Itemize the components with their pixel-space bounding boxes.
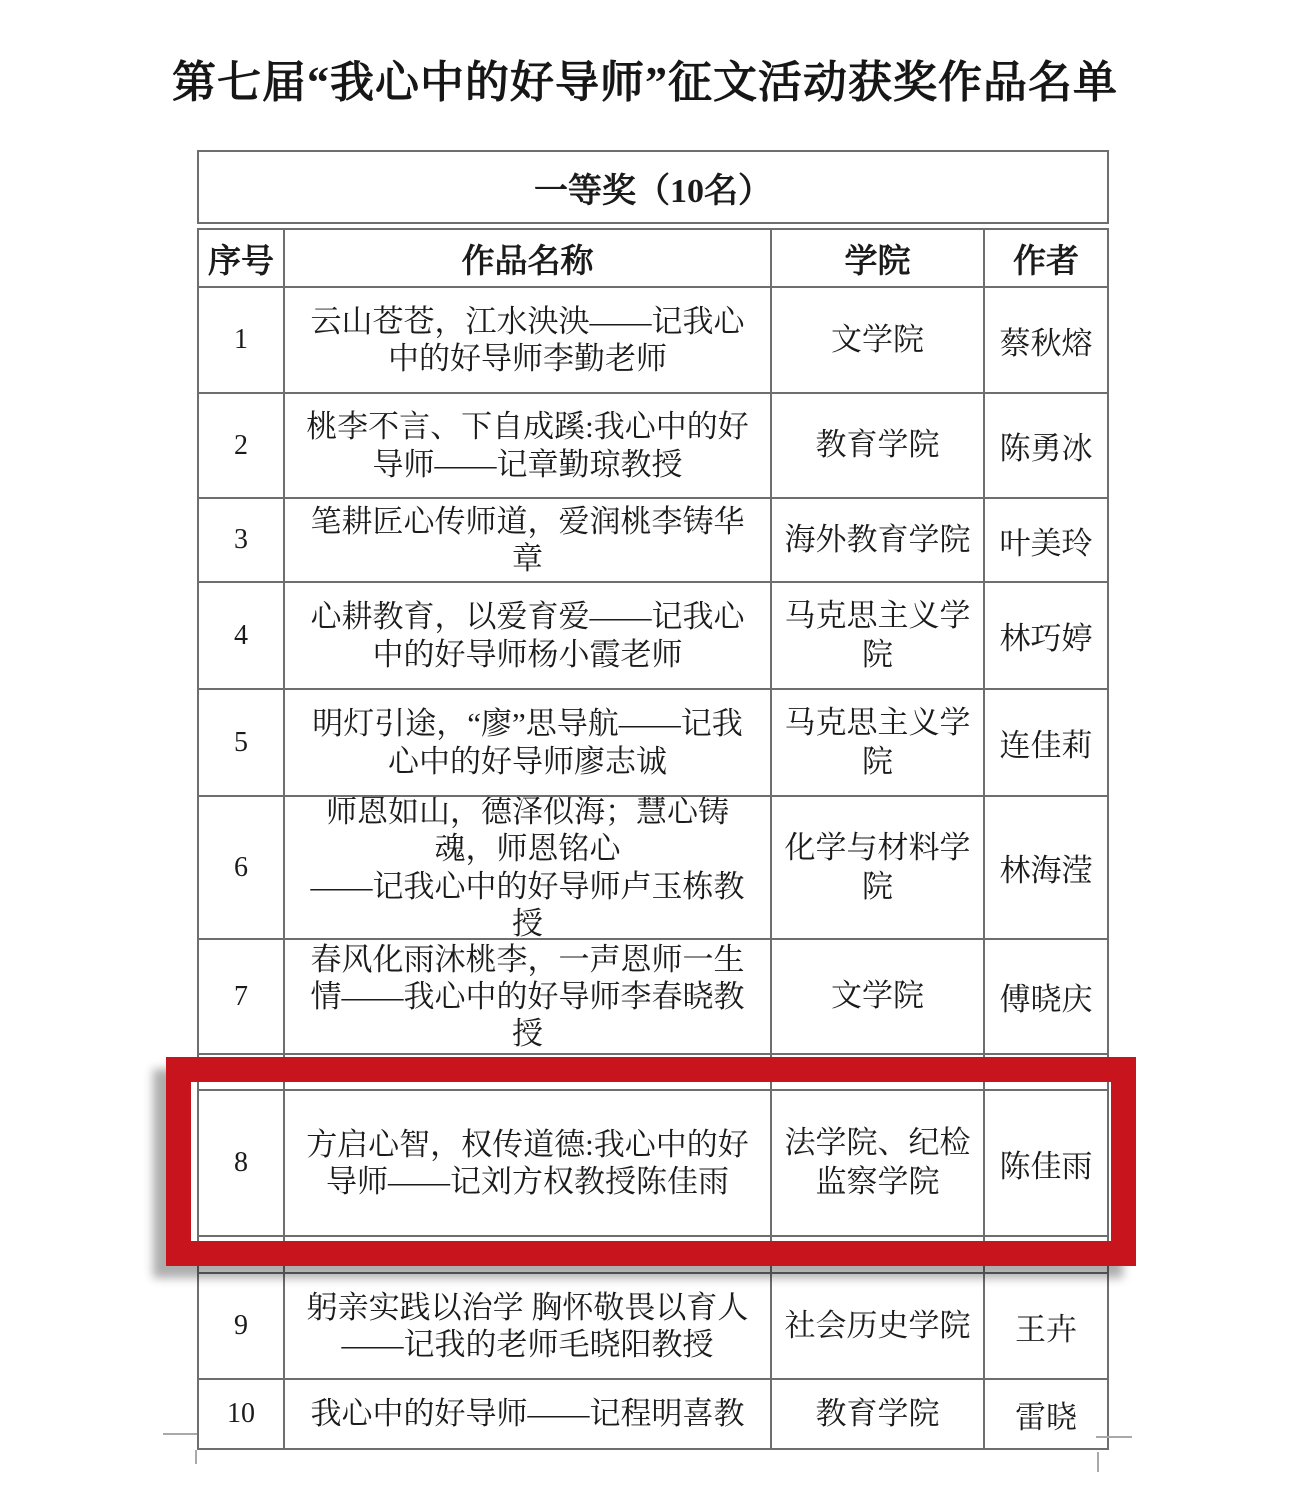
spacer-cell bbox=[199, 1237, 285, 1274]
spacer-row bbox=[199, 1055, 1109, 1091]
spacer-cell bbox=[772, 1237, 985, 1274]
college-cell: 海外教育学院 bbox=[772, 499, 985, 583]
college-cell: 文学院 bbox=[772, 940, 985, 1055]
college-cell: 化学与材料学院 bbox=[772, 797, 985, 940]
author-cell: 连佳莉 bbox=[985, 690, 1109, 797]
author-cell: 雷晓 bbox=[985, 1380, 1109, 1450]
serial-cell: 8 bbox=[199, 1091, 285, 1237]
serial-cell: 10 bbox=[199, 1380, 285, 1450]
table-row: 10 我心中的好导师——记程明喜教 教育学院 雷晓 bbox=[199, 1380, 1109, 1450]
award-table-wrap: 一等奖（10名） 序号 作品名称 学院 作者 1 云山苍苍，江水泱泱——记我心中… bbox=[197, 150, 1109, 1450]
table-row: 6 师恩如山，德泽似海；慧心铸魂，师恩铭心 ——记我心中的好导师卢玉栋教授 化学… bbox=[199, 797, 1109, 940]
spacer-cell bbox=[772, 1055, 985, 1091]
spacer-cell bbox=[985, 1055, 1109, 1091]
column-header-author: 作者 bbox=[985, 230, 1109, 288]
table-row: 7 春风化雨沐桃李，一声恩师一生情——我心中的好导师李春晓教授 文学院 傅晓庆 bbox=[199, 940, 1109, 1055]
work-title-cell: 师恩如山，德泽似海；慧心铸魂，师恩铭心 ——记我心中的好导师卢玉栋教授 bbox=[285, 797, 772, 940]
column-header-no: 序号 bbox=[199, 230, 285, 288]
column-header-label: 学院 bbox=[845, 235, 911, 282]
work-title-cell: 春风化雨沐桃李，一声恩师一生情——我心中的好导师李春晓教授 bbox=[285, 940, 772, 1055]
serial-cell: 3 bbox=[199, 499, 285, 583]
spacer-cell bbox=[199, 1055, 285, 1091]
page-corner-mark-right bbox=[1096, 1436, 1132, 1438]
table-row: 2 桃李不言、下自成蹊:我心中的好导师——记章勤琼教授 教育学院 陈勇冰 bbox=[199, 394, 1109, 499]
author-cell: 傅晓庆 bbox=[985, 940, 1109, 1055]
page-corner-mark-right-tick bbox=[1097, 1452, 1099, 1472]
college-cell: 教育学院 bbox=[772, 394, 985, 499]
column-header-label: 作者 bbox=[1013, 235, 1079, 282]
author-cell: 叶美玲 bbox=[985, 499, 1109, 583]
author-cell: 蔡秋熔 bbox=[985, 288, 1109, 394]
author-cell: 林海滢 bbox=[985, 797, 1109, 940]
college-cell: 马克思主义学院 bbox=[772, 583, 985, 690]
column-header-title: 作品名称 bbox=[285, 230, 772, 288]
table-row: 3 笔耕匠心传师道，爱润桃李铸华章 海外教育学院 叶美玲 bbox=[199, 499, 1109, 583]
college-cell: 马克思主义学院 bbox=[772, 690, 985, 797]
table-row: 1 云山苍苍，江水泱泱——记我心中的好导师李勤老师 文学院 蔡秋熔 bbox=[199, 288, 1109, 394]
page-title: 第七届“我心中的好导师”征文活动获奖作品名单 bbox=[0, 46, 1290, 110]
author-cell: 王卉 bbox=[985, 1274, 1109, 1380]
prize-band: 一等奖（10名） bbox=[197, 150, 1109, 224]
work-title-cell: 心耕教育，以爱育爱——记我心中的好导师杨小霞老师 bbox=[285, 583, 772, 690]
table-row: 8 方启心智，权传道德:我心中的好导师——记刘方权教授陈佳雨 法学院、纪检监察学… bbox=[199, 1091, 1109, 1237]
column-header-label: 序号 bbox=[208, 235, 274, 282]
work-title-cell: 我心中的好导师——记程明喜教 bbox=[285, 1380, 772, 1450]
header-row: 序号 作品名称 学院 作者 bbox=[199, 230, 1109, 288]
serial-cell: 9 bbox=[199, 1274, 285, 1380]
page-corner-mark-left bbox=[163, 1433, 197, 1435]
work-title-cell: 明灯引途，“廖”思导航——记我心中的好导师廖志诚 bbox=[285, 690, 772, 797]
work-title-cell: 桃李不言、下自成蹊:我心中的好导师——记章勤琼教授 bbox=[285, 394, 772, 499]
serial-cell: 7 bbox=[199, 940, 285, 1055]
work-title-cell: 云山苍苍，江水泱泱——记我心中的好导师李勤老师 bbox=[285, 288, 772, 394]
serial-cell: 5 bbox=[199, 690, 285, 797]
serial-cell: 2 bbox=[199, 394, 285, 499]
college-cell: 教育学院 bbox=[772, 1380, 985, 1450]
table-row: 9 躬亲实践以治学 胸怀敬畏以育人 ——记我的老师毛晓阳教授 社会历史学院 王卉 bbox=[199, 1274, 1109, 1380]
work-title-cell: 笔耕匠心传师道，爱润桃李铸华章 bbox=[285, 499, 772, 583]
table-row: 5 明灯引途，“廖”思导航——记我心中的好导师廖志诚 马克思主义学院 连佳莉 bbox=[199, 690, 1109, 797]
serial-cell: 4 bbox=[199, 583, 285, 690]
work-title-cell: 方启心智，权传道德:我心中的好导师——记刘方权教授陈佳雨 bbox=[285, 1091, 772, 1237]
award-table: 序号 作品名称 学院 作者 1 云山苍苍，江水泱泱——记我心中的好导师李勤老师 … bbox=[197, 228, 1109, 1450]
spacer-cell bbox=[285, 1055, 772, 1091]
column-header-label: 作品名称 bbox=[462, 235, 594, 282]
table-row: 4 心耕教育，以爱育爱——记我心中的好导师杨小霞老师 马克思主义学院 林巧婷 bbox=[199, 583, 1109, 690]
work-title-cell: 躬亲实践以治学 胸怀敬畏以育人 ——记我的老师毛晓阳教授 bbox=[285, 1274, 772, 1380]
author-cell: 陈佳雨 bbox=[985, 1091, 1109, 1237]
spacer-cell bbox=[985, 1237, 1109, 1274]
college-cell: 文学院 bbox=[772, 288, 985, 394]
serial-cell: 1 bbox=[199, 288, 285, 394]
college-cell: 法学院、纪检监察学院 bbox=[772, 1091, 985, 1237]
serial-cell: 6 bbox=[199, 797, 285, 940]
college-cell: 社会历史学院 bbox=[772, 1274, 985, 1380]
author-cell: 林巧婷 bbox=[985, 583, 1109, 690]
spacer-cell bbox=[285, 1237, 772, 1274]
award-table-body: 序号 作品名称 学院 作者 1 云山苍苍，江水泱泱——记我心中的好导师李勤老师 … bbox=[199, 230, 1109, 1450]
page-corner-mark-left-tick bbox=[195, 1450, 197, 1464]
spacer-row bbox=[199, 1237, 1109, 1274]
column-header-college: 学院 bbox=[772, 230, 985, 288]
author-cell: 陈勇冰 bbox=[985, 394, 1109, 499]
